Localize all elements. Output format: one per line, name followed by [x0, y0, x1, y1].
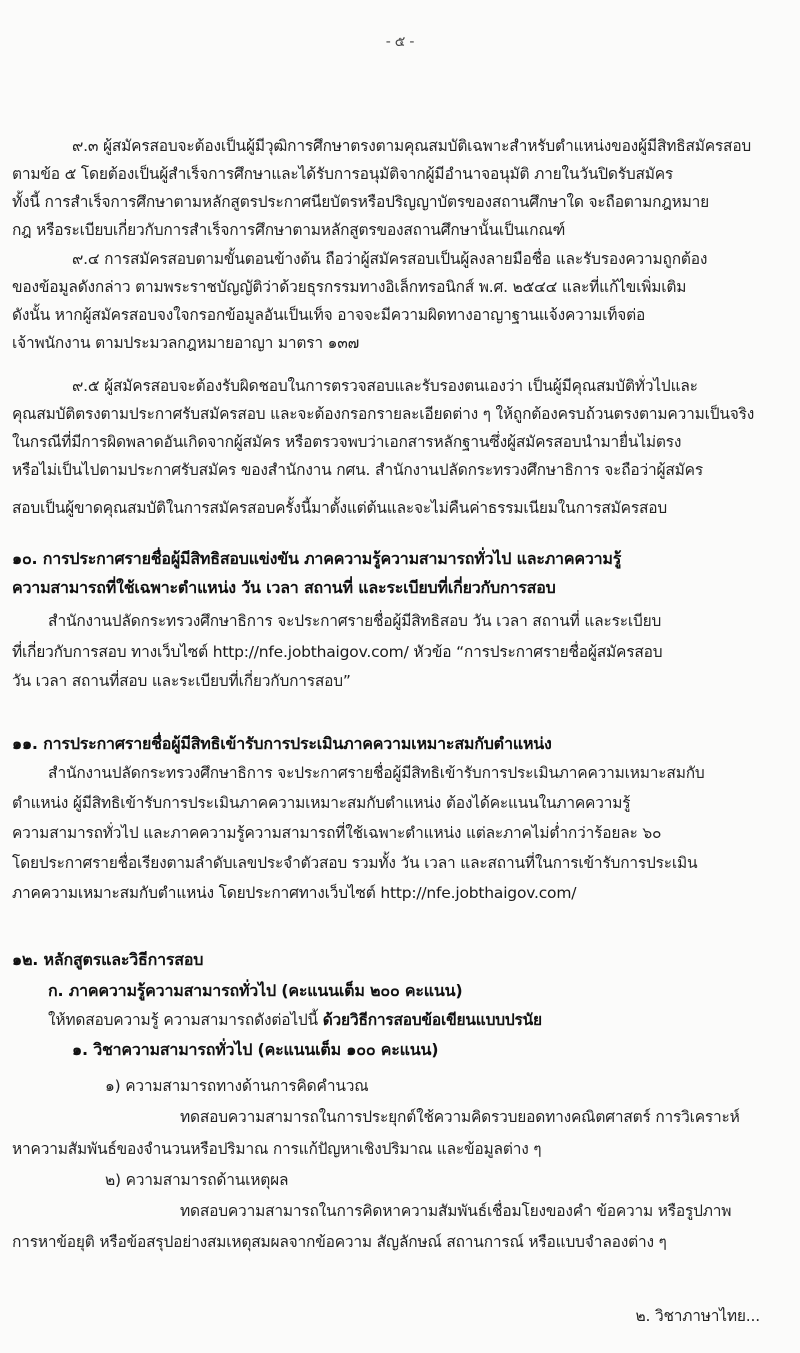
- item-9-3-line-1: ๙.๓ ผู้สมัครสอบจะต้องเป็นผู้มีวุฒิการศึก…: [0, 132, 800, 160]
- page-number: - ๕ -: [0, 28, 800, 56]
- item-9-4-line-3: ดังนั้น หากผู้สมัครสอบจงใจกรอกข้อมูลอันเ…: [0, 301, 800, 329]
- item-1-body-line-2: หาความสัมพันธ์ของจำนวนหรือปริมาณ การแก้ป…: [0, 1135, 800, 1163]
- item-1-title: ๑) ความสามารถทางด้านการคิดคำนวณ: [0, 1072, 800, 1100]
- item-9-3-line-3: ทั้งนี้ การสำเร็จการศึกษาตามหลักสูตรประก…: [0, 188, 800, 216]
- item-9-5-line-3: ในกรณีที่มีการผิดพลาดอันเกิดจากผู้สมัคร …: [0, 428, 800, 456]
- section-11-body-line-1: สำนักงานปลัดกระทรวงศึกษาธิการ จะประกาศรา…: [0, 759, 800, 787]
- item-2-body-line-2: การหาข้อยุติ หรือข้อสรุปอย่างสมเหตุสมผลจ…: [0, 1228, 800, 1256]
- subject-1-heading: ๑. วิชาความสามารถทั่วไป (คะแนนเต็ม ๑๐๐ ค…: [0, 1036, 800, 1064]
- section-10-heading-line-2: ความสามารถที่ใช้เฉพาะตำแหน่ง วัน เวลา สถ…: [0, 574, 800, 602]
- section-10-body-line-2: ที่เกี่ยวกับการสอบ ทางเว็บไซต์ http://nf…: [0, 638, 800, 666]
- item-9-5-line-4: หรือไม่เป็นไปตามประกาศรับสมัคร ของสำนักง…: [0, 456, 800, 484]
- section-11-body-line-3: ความสามารถทั่วไป และภาคความรู้ความสามารถ…: [0, 819, 800, 847]
- section-11-body-line-5: ภาคความเหมาะสมกับตำแหน่ง โดยประกาศทางเว็…: [0, 879, 800, 907]
- item-9-3-line-4: กฎ หรือระเบียบเกี่ยวกับการสำเร็จการศึกษา…: [0, 216, 800, 244]
- document-page: - ๕ - ๙.๓ ผู้สมัครสอบจะต้องเป็นผู้มีวุฒิ…: [0, 0, 800, 1353]
- item-1-body-line-1: ทดสอบความสามารถในการประยุกต์ใช้ความคิดรว…: [0, 1103, 800, 1131]
- item-9-5-line-2: คุณสมบัติตรงตามประกาศรับสมัครสอบ และจะต้…: [0, 400, 800, 428]
- part-a-heading: ก. ภาคความรู้ความสามารถทั่วไป (คะแนนเต็ม…: [0, 977, 800, 1005]
- continuation-note: ๒. วิชาภาษาไทย...: [635, 1302, 760, 1330]
- item-9-4-line-4: เจ้าพนักงาน ตามประมวลกฎหมายอาญา มาตรา ๑๓…: [0, 329, 800, 357]
- item-2-title: ๒) ความสามารถด้านเหตุผล: [0, 1166, 800, 1194]
- item-9-3-line-2: ตามข้อ ๕ โดยต้องเป็นผู้สำเร็จการศึกษาและ…: [0, 160, 800, 188]
- section-10-body-line-1: สำนักงานปลัดกระทรวงศึกษาธิการ จะประกาศรา…: [0, 607, 800, 635]
- item-9-4-line-1: ๙.๔ การสมัครสอบตามขั้นตอนข้างต้น ถือว่าผ…: [0, 245, 800, 273]
- section-10-body-line-3: วัน เวลา สถานที่สอบ และระเบียบที่เกี่ยวก…: [0, 667, 800, 695]
- section-11-heading: ๑๑. การประกาศรายชื่อผู้มีสิทธิเข้ารับการ…: [0, 730, 800, 758]
- item-9-5-line-1: ๙.๕ ผู้สมัครสอบจะต้องรับผิดชอบในการตรวจส…: [0, 372, 800, 400]
- section-10-heading-line-1: ๑๐. การประกาศรายชื่อผู้มีสิทธิสอบแข่งขัน…: [0, 545, 800, 573]
- section-11-body-line-4: โดยประกาศรายชื่อเรียงตามลำดับเลขประจำตัว…: [0, 849, 800, 877]
- item-9-5-line-5: สอบเป็นผู้ขาดคุณสมบัติในการสมัครสอบครั้ง…: [0, 494, 800, 522]
- instruction-text: ให้ทดสอบความรู้ ความสามารถดังต่อไปนี้: [48, 1011, 323, 1029]
- instruction-method: ด้วยวิธีการสอบข้อเขียนแบบปรนัย: [323, 1011, 542, 1029]
- part-a-instruction: ให้ทดสอบความรู้ ความสามารถดังต่อไปนี้ ด้…: [0, 1006, 800, 1034]
- item-9-4-line-2: ของข้อมูลดังกล่าว ตามพระราชบัญญัติว่าด้ว…: [0, 273, 800, 301]
- section-12-heading: ๑๒. หลักสูตรและวิธีการสอบ: [0, 946, 800, 974]
- item-2-body-line-1: ทดสอบความสามารถในการคิดหาความสัมพันธ์เชื…: [0, 1197, 800, 1225]
- section-11-body-line-2: ตำแหน่ง ผู้มีสิทธิเข้ารับการประเมินภาคคว…: [0, 789, 800, 817]
